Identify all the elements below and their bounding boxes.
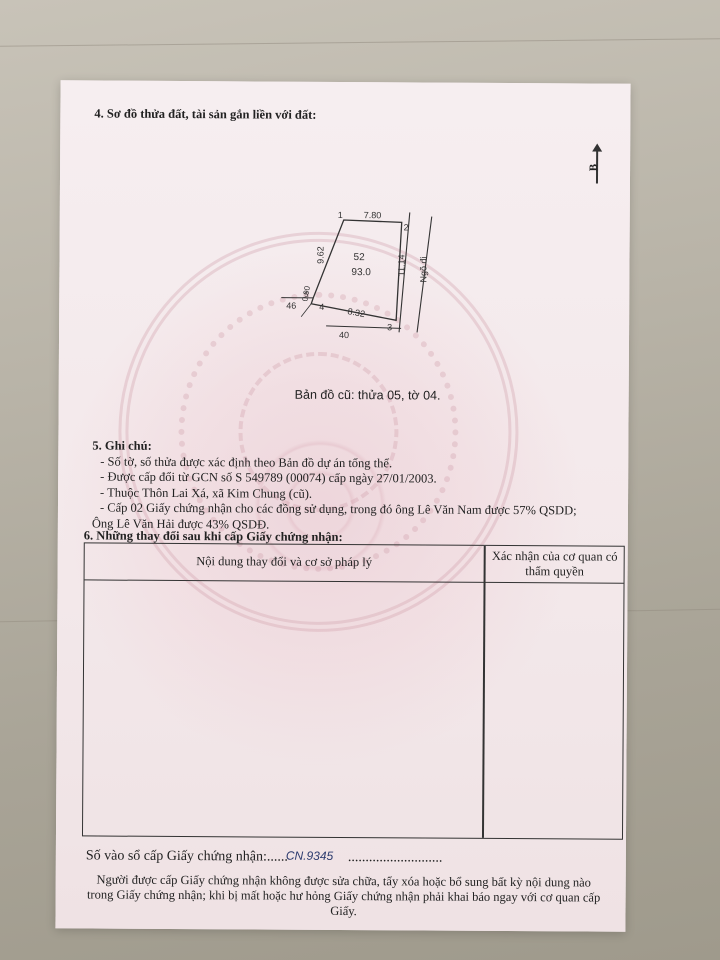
- registry-label: Số vào sổ cấp Giấy chứng nhận:: [86, 848, 267, 864]
- svg-text:1: 1: [338, 210, 343, 220]
- section-4-title: 4. Sơ đồ thửa đất, tài sản gắn liền với …: [94, 106, 316, 122]
- dots: ...........................: [348, 850, 443, 866]
- column-header-changes: Nội dung thay đổi và cơ sở pháp lý: [85, 553, 484, 570]
- registry-handwritten-number: CN.9345: [286, 849, 333, 863]
- svg-text:8.32: 8.32: [347, 306, 366, 319]
- plot-diagram: 1 2 3 4 5 7.80 9.62 11.14 8.32 0.90 52 9…: [271, 202, 452, 353]
- registry-number-line: Số vào sổ cấp Giấy chứng nhận:..........…: [86, 848, 443, 866]
- svg-text:11.14: 11.14: [396, 254, 406, 276]
- north-arrow-icon: B: [591, 144, 603, 184]
- section-5-notes: 5. Ghi chú: - Số tờ, số thửa được xác đị…: [92, 438, 613, 534]
- column-header-authority: Xác nhận của cơ quan có thẩm quyền: [485, 549, 625, 580]
- svg-text:4: 4: [319, 302, 324, 312]
- svg-text:40: 40: [339, 330, 349, 340]
- certificate-page: 4. Sơ đồ thửa đất, tài sản gắn liền với …: [55, 80, 630, 931]
- north-label: B: [588, 164, 600, 171]
- svg-text:0.90: 0.90: [300, 285, 312, 302]
- svg-text:9.62: 9.62: [315, 246, 325, 264]
- svg-text:Ngõ đi: Ngõ đi: [418, 256, 428, 282]
- svg-text:93.0: 93.0: [351, 267, 371, 278]
- floor-seam: [0, 38, 720, 47]
- svg-text:2: 2: [404, 222, 409, 232]
- svg-text:7.80: 7.80: [364, 210, 382, 220]
- svg-text:3: 3: [387, 322, 392, 332]
- column-divider: [482, 546, 485, 838]
- dots: ......: [267, 850, 288, 865]
- warning-text: Người được cấp Giấy chứng nhận không đượ…: [83, 872, 603, 920]
- svg-text:46: 46: [286, 301, 296, 311]
- changes-table: Nội dung thay đổi và cơ sở pháp lý Xác n…: [82, 542, 625, 839]
- svg-text:52: 52: [353, 252, 365, 263]
- table-header: Nội dung thay đổi và cơ sở pháp lý Xác n…: [85, 543, 624, 583]
- old-map-note: Bản đồ cũ: thửa 05, tờ 04.: [295, 388, 441, 403]
